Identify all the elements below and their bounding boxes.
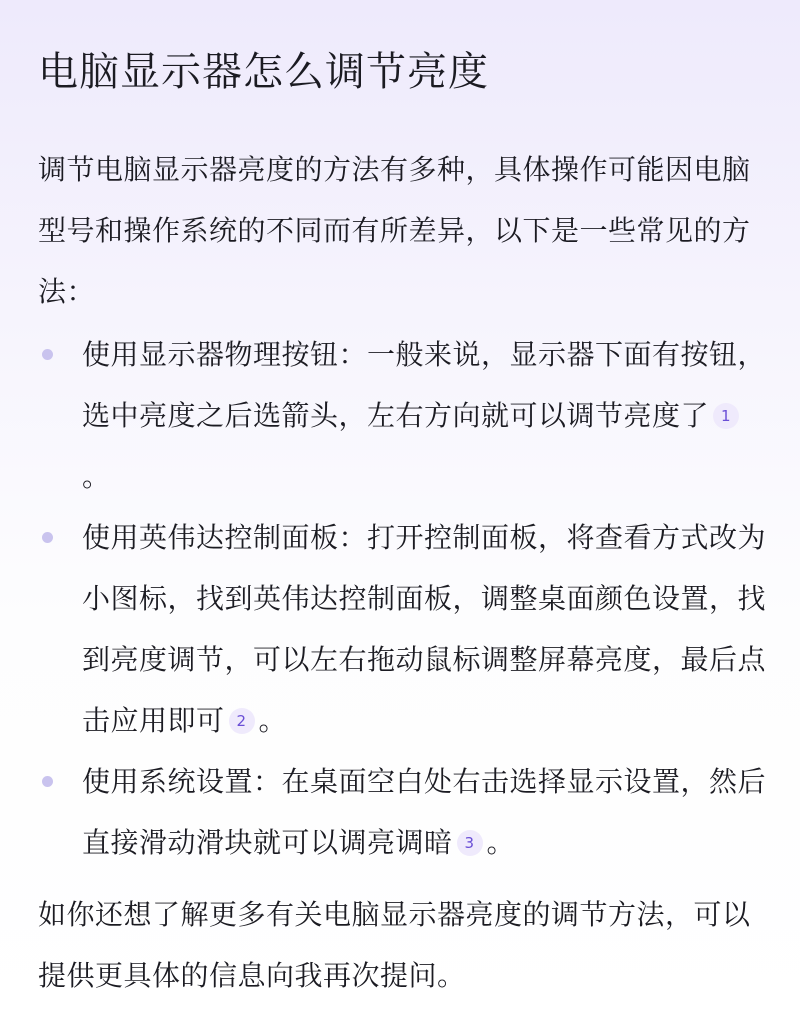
method-end: 。: [487, 826, 516, 859]
method-text: 使用系统设置：在桌面空白处右击选择显示设置，然后直接滑动滑块就可以调亮调暗: [82, 765, 766, 859]
bullet-icon: [42, 776, 53, 787]
intro-paragraph: 调节电脑显示器亮度的方法有多种，具体操作可能因电脑型号和操作系统的不同而有所差异…: [38, 139, 768, 322]
method-text: 使用英伟达控制面板：打开控制面板，将查看方式改为小图标，找到英伟达控制面板，调整…: [82, 521, 766, 737]
method-end: 。: [259, 704, 288, 737]
outro-paragraph: 如你还想了解更多有关电脑显示器亮度的调节方法，可以提供更具体的信息向我再次提问。: [38, 884, 768, 1006]
method-end: 。: [82, 460, 111, 493]
citation-badge[interactable]: 3: [457, 830, 483, 856]
list-item: 使用英伟达控制面板：打开控制面板，将查看方式改为小图标，找到英伟达控制面板，调整…: [38, 507, 768, 751]
methods-list: 使用显示器物理按钮：一般来说，显示器下面有按钮，选中亮度之后选箭头，左右方向就可…: [38, 324, 768, 873]
page-title: 电脑显示器怎么调节亮度: [38, 44, 489, 100]
citation-badge[interactable]: 1: [713, 403, 739, 429]
list-item: 使用显示器物理按钮：一般来说，显示器下面有按钮，选中亮度之后选箭头，左右方向就可…: [38, 324, 768, 507]
bullet-icon: [42, 532, 53, 543]
list-item: 使用系统设置：在桌面空白处右击选择显示设置，然后直接滑动滑块就可以调亮调暗3。: [38, 751, 768, 873]
bullet-icon: [42, 349, 53, 360]
citation-badge[interactable]: 2: [229, 708, 255, 734]
method-text: 使用显示器物理按钮：一般来说，显示器下面有按钮，选中亮度之后选箭头，左右方向就可…: [82, 338, 766, 432]
